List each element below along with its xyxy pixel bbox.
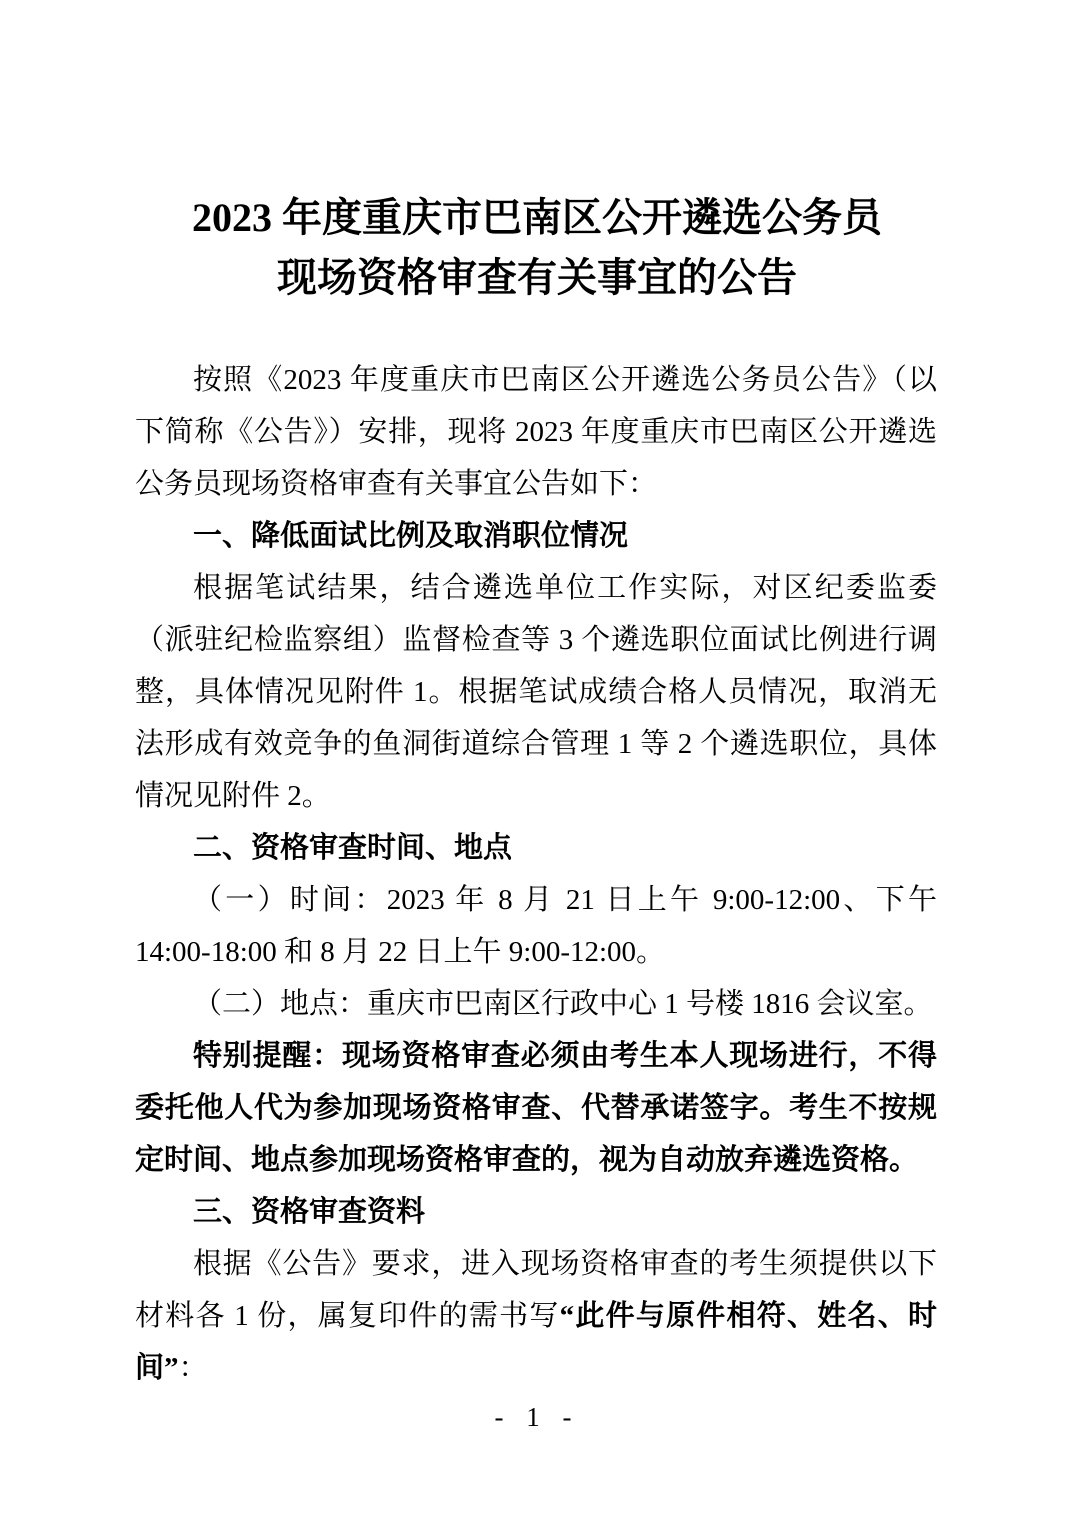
section-2-place-paragraph: （二）地点：重庆市巴南区行政中心 1 号楼 1816 会议室。 bbox=[135, 978, 937, 1030]
intro-paragraph: 按照《2023 年度重庆市巴南区公开遴选公务员公告》（以下简称《公告》）安排，现… bbox=[135, 354, 937, 510]
section-3-heading: 三、资格审查资料 bbox=[135, 1186, 937, 1238]
page-number: - 1 - bbox=[0, 1402, 1074, 1433]
document-page: 2023 年度重庆市巴南区公开遴选公务员 现场资格审查有关事宜的公告 按照《20… bbox=[0, 0, 1074, 1520]
document-title: 2023 年度重庆市巴南区公开遴选公务员 现场资格审查有关事宜的公告 bbox=[0, 0, 1074, 308]
section-2-heading: 二、资格审查时间、地点 bbox=[135, 822, 937, 874]
section-3-paragraph: 根据《公告》要求，进入现场资格审查的考生须提供以下材料各 1 份，属复印件的需书… bbox=[135, 1238, 937, 1394]
section-1-heading: 一、降低面试比例及取消职位情况 bbox=[135, 510, 937, 562]
section-1-paragraph: 根据笔试结果，结合遴选单位工作实际，对区纪委监委（派驻纪检监察组）监督检查等 3… bbox=[135, 562, 937, 822]
document-title-line-2: 现场资格审查有关事宜的公告 bbox=[0, 248, 1074, 308]
section-2-time-paragraph: （一）时间：2023 年 8 月 21 日上午 9:00-12:00、下午 14… bbox=[135, 874, 937, 978]
document-body: 按照《2023 年度重庆市巴南区公开遴选公务员公告》（以下简称《公告》）安排，现… bbox=[0, 354, 1074, 1394]
document-title-line-1: 2023 年度重庆市巴南区公开遴选公务员 bbox=[0, 188, 1074, 248]
section-2-notice-paragraph: 特别提醒：现场资格审查必须由考生本人现场进行，不得委托他人代为参加现场资格审查、… bbox=[135, 1030, 937, 1186]
section-3-paragraph-suffix: ： bbox=[179, 1352, 208, 1384]
